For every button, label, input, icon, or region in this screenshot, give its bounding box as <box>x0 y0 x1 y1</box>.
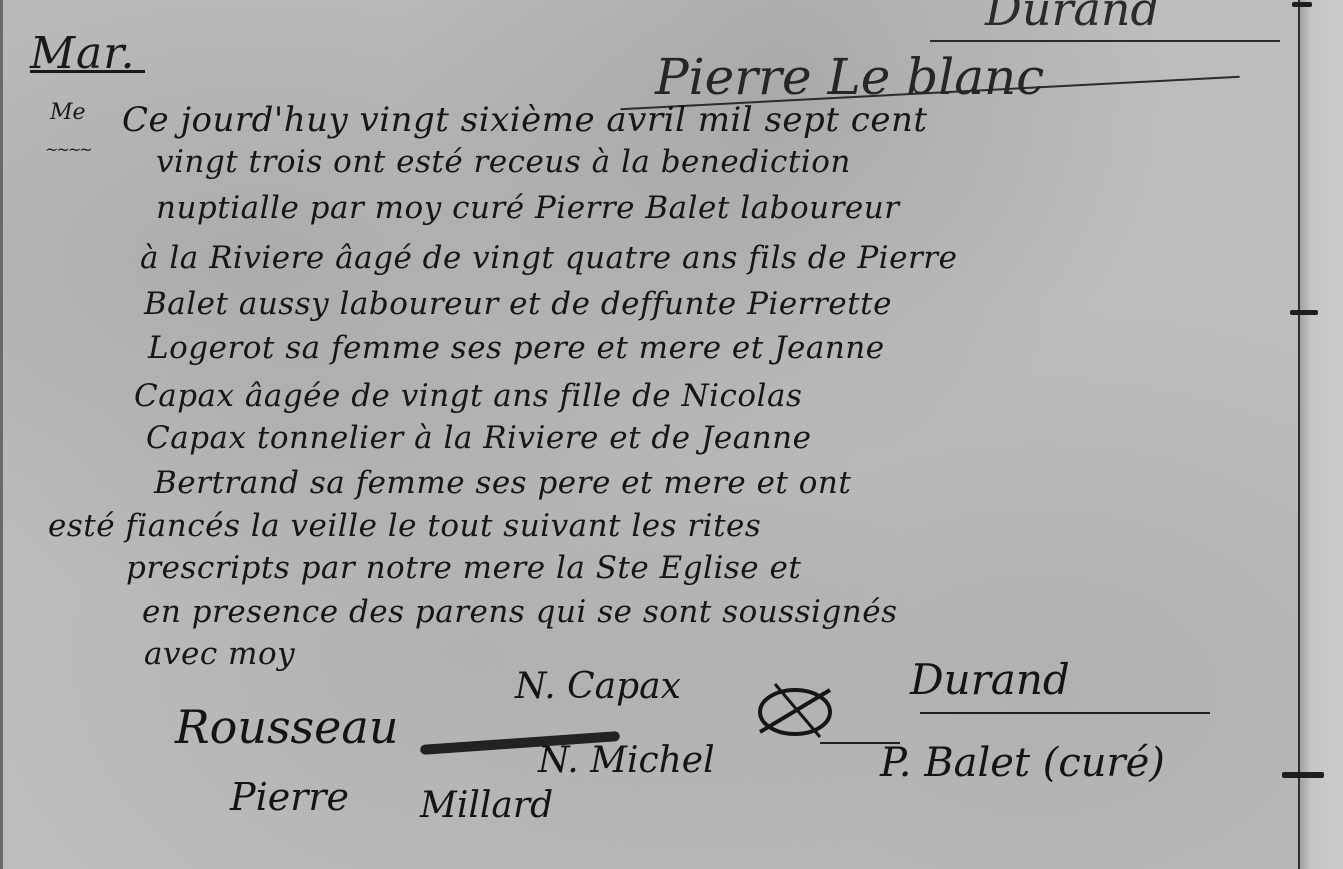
durand-top-underline <box>930 40 1280 42</box>
body-line-4: à la Riviere âagé de vingt quatre ans fi… <box>140 240 957 276</box>
body-line-1: Ce jourd'huy vingt sixième avril mil sep… <box>122 100 928 140</box>
binding-stitch <box>1290 310 1318 315</box>
signature-michel: N. Michel <box>538 740 715 781</box>
register-page: Mar. Me ~~~~ Durand Pierre Le blanc Ce j… <box>0 0 1298 869</box>
margin-title: Mar. <box>30 28 135 79</box>
signature-millard: Millard <box>420 785 553 826</box>
signature-pierre-le-blanc: Pierre Le blanc <box>655 48 1044 106</box>
body-line-10: esté fiancés la veille le tout suivant l… <box>48 508 761 544</box>
binding-gutter <box>1298 0 1343 869</box>
mark-cross-icon <box>750 672 840 742</box>
margin-decoration: ~~~~ <box>45 140 91 159</box>
signature-durand: Durand <box>910 655 1070 704</box>
body-line-6: Logerot sa femme ses pere et mere et Jea… <box>148 330 885 366</box>
body-line-7: Capax âagée de vingt ans fille de Nicola… <box>134 378 802 414</box>
binding-stitch <box>1282 772 1324 778</box>
body-line-3: nuptialle par moy curé Pierre Balet labo… <box>156 190 900 226</box>
signature-pierre: Pierre <box>230 775 349 819</box>
durand-underline <box>920 712 1210 714</box>
signature-durand-top: Durand <box>985 0 1160 36</box>
body-line-12: en presence des parens qui se sont souss… <box>142 594 898 630</box>
binding-stitch <box>1292 2 1312 7</box>
margin-subtitle: Me <box>50 100 86 125</box>
signature-balet: P. Balet (curé) <box>880 740 1165 786</box>
body-line-11: prescripts par notre mere la Ste Eglise … <box>126 550 801 586</box>
signature-rousseau: Rousseau <box>175 700 398 754</box>
signature-capax: N. Capax <box>515 666 681 707</box>
body-line-8: Capax tonnelier à la Riviere et de Jeann… <box>146 420 811 456</box>
body-line-5: Balet aussy laboureur et de deffunte Pie… <box>144 286 892 322</box>
body-line-13: avec moy <box>144 636 295 672</box>
body-line-2: vingt trois ont esté receus à la benedic… <box>156 144 851 180</box>
body-line-9: Bertrand sa femme ses pere et mere et on… <box>154 465 851 501</box>
binding-thread <box>1298 0 1300 869</box>
